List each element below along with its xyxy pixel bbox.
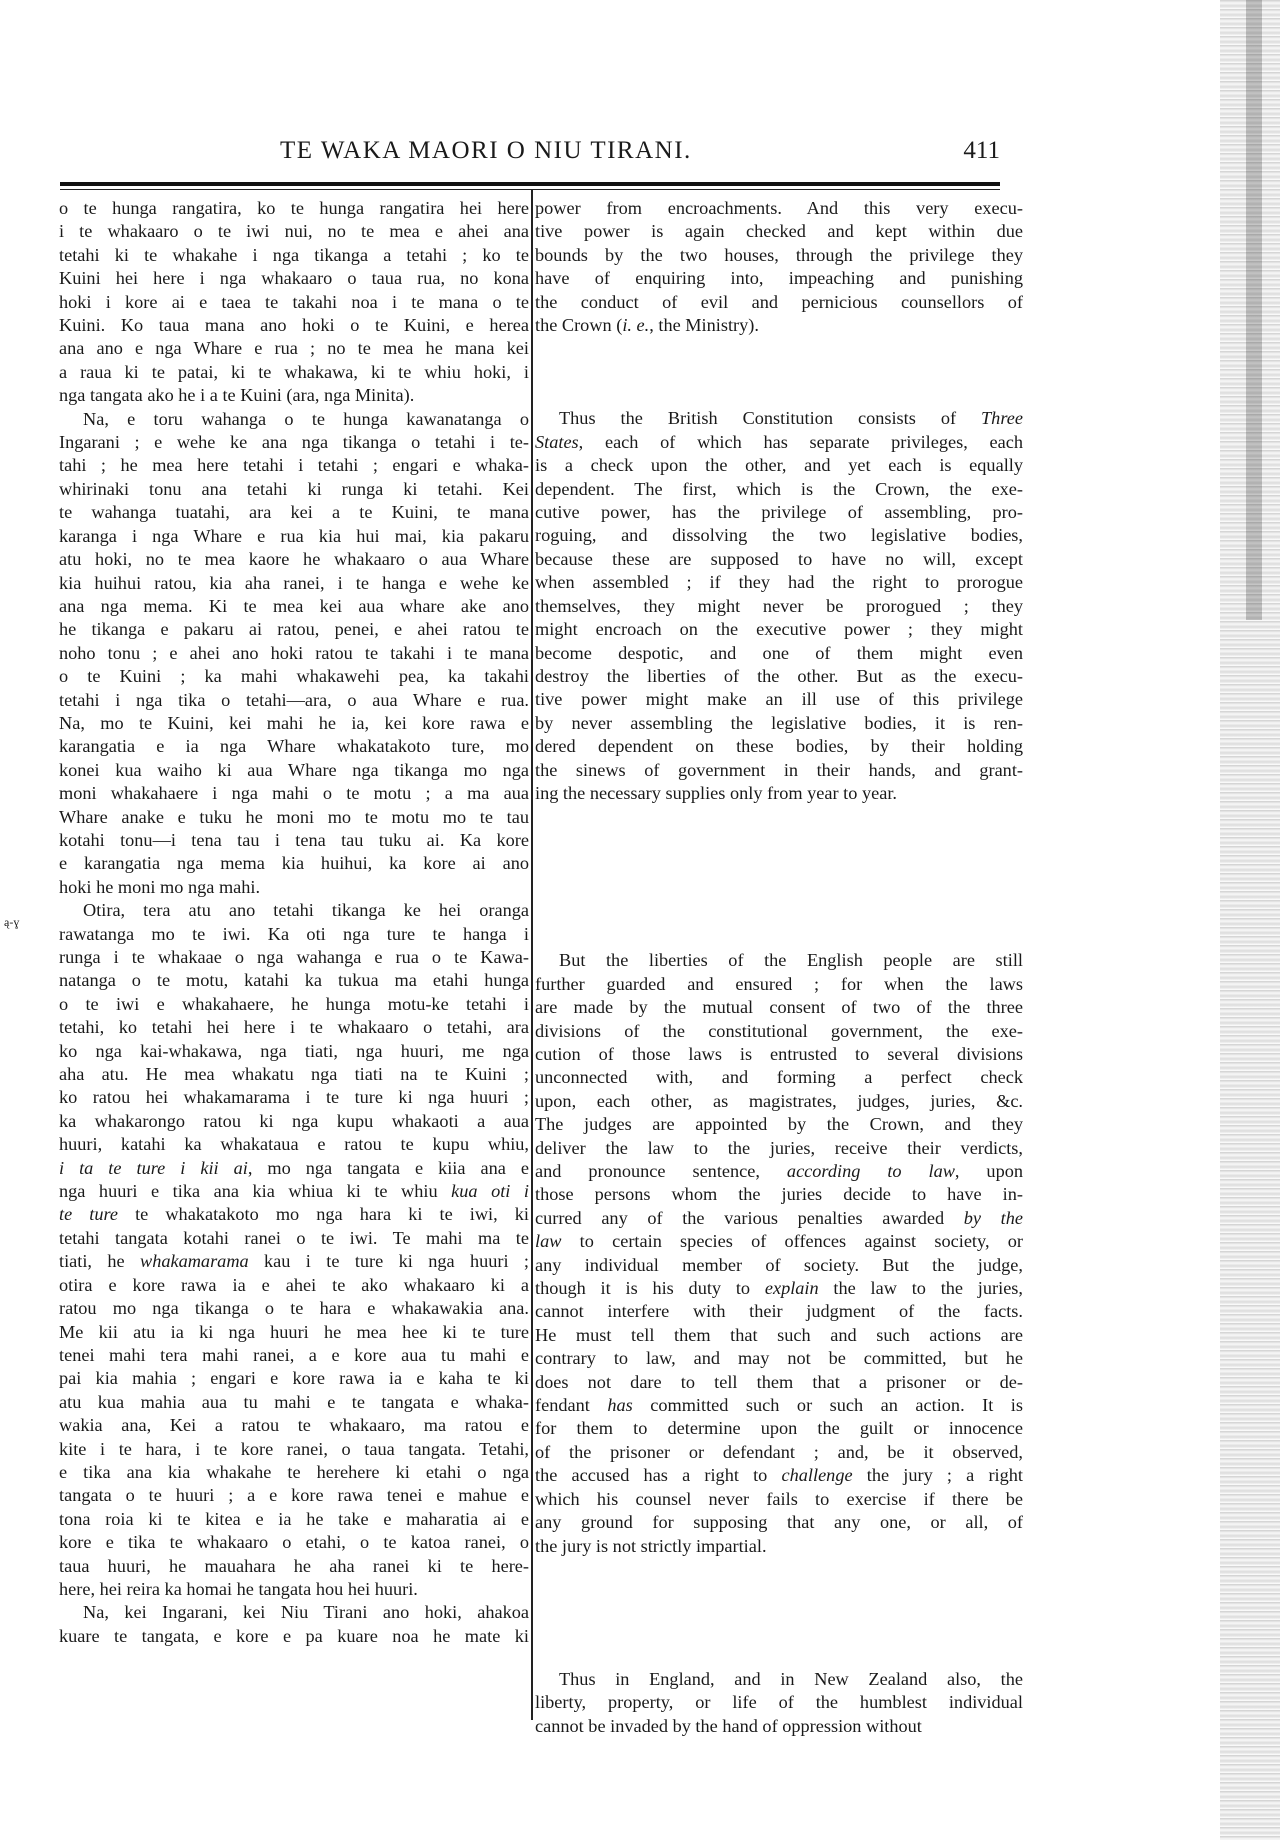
text-line: Ingarani ; e wehe ke ana nga tikanga o t… bbox=[59, 431, 529, 454]
text-line: Otira, tera atu ano tetahi tikanga ke he… bbox=[59, 899, 529, 922]
text-line: hoki he moni mo nga mahi. bbox=[59, 876, 529, 899]
text-line: States, each of which has separate privi… bbox=[535, 431, 1023, 454]
text-line: ko nga kai-whakawa, nga tiati, nga huuri… bbox=[59, 1040, 529, 1063]
text-line: tive power is again checked and kept wit… bbox=[535, 220, 1023, 243]
text-line: for them to determine upon the guilt or … bbox=[535, 1417, 1023, 1440]
text-line: become despotic, and one of them might e… bbox=[535, 642, 1023, 665]
text-line: law to certain species of offences again… bbox=[535, 1230, 1023, 1253]
text-line: is a check upon the other, and yet each … bbox=[535, 454, 1023, 477]
text-line: the jury is not strictly impartial. bbox=[535, 1535, 1023, 1558]
maori-text-column: o te hunga rangatira, ko te hunga rangat… bbox=[59, 197, 529, 1648]
text-line: which his counsel never fails to exercis… bbox=[535, 1488, 1023, 1511]
text-line: tive power might make an ill use of this… bbox=[535, 688, 1023, 711]
newspaper-page: TE WAKA MAORI O NIU TIRANI. 411 o te hun… bbox=[0, 0, 1280, 1840]
text-line: a raua ki te patai, ki te whakawa, ki te… bbox=[59, 361, 529, 384]
text-line: though it is his duty to explain the law… bbox=[535, 1277, 1023, 1300]
text-line: i te whakaaro o te iwi nui, no te mea e … bbox=[59, 220, 529, 243]
text-line: ing the necessary supplies only from yea… bbox=[535, 782, 1023, 805]
text-line: ko ratou hei whakamarama i te ture ki ng… bbox=[59, 1086, 529, 1109]
text-line: Na, mo te Kuini, kei mahi he ia, kei kor… bbox=[59, 712, 529, 735]
text-line: tona roia ki te kitea e ia he take e mah… bbox=[59, 1508, 529, 1531]
text-line: of the prisoner or defendant ; and, be i… bbox=[535, 1441, 1023, 1464]
text-line: kite i te hara, i te kore ranei, o taua … bbox=[59, 1438, 529, 1461]
text-line: dered dependent on these bodies, by thei… bbox=[535, 735, 1023, 758]
text-line: power from encroachments. And this very … bbox=[535, 197, 1023, 220]
text-line: unconnected with, and forming a perfect … bbox=[535, 1066, 1023, 1089]
text-line: konei kua waiho ki aua Whare nga tikanga… bbox=[59, 759, 529, 782]
text-line: aha atu. He mea whakatu nga tiati na te … bbox=[59, 1063, 529, 1086]
text-line: rawatanga mo te iwi. Ka oti nga ture te … bbox=[59, 923, 529, 946]
text-line: dependent. The first, which is the Crown… bbox=[535, 478, 1023, 501]
publication-title: TE WAKA MAORI O NIU TIRANI. bbox=[280, 137, 692, 165]
text-line: tahi ; he mea here tetahi i tetahi ; eng… bbox=[59, 454, 529, 477]
text-line: o te Kuini ; ka mahi whakawehi pea, ka t… bbox=[59, 665, 529, 688]
text-line: tetahi i nga tika o tetahi—ara, o aua Wh… bbox=[59, 689, 529, 712]
text-line: by never assembling the legislative bodi… bbox=[535, 712, 1023, 735]
text-line: But the liberties of the English people … bbox=[535, 949, 1023, 972]
text-line: and pronounce sentence, according to law… bbox=[535, 1160, 1023, 1183]
text-line: te ture te whakatakoto mo nga hara ki te… bbox=[59, 1203, 529, 1226]
text-line: the conduct of evil and pernicious couns… bbox=[535, 291, 1023, 314]
text-line: Na, e toru wahanga o te hunga kawanatang… bbox=[59, 408, 529, 431]
column-divider bbox=[531, 190, 533, 1720]
text-line: wakia ana, Kei a ratou te whakaaro, ma r… bbox=[59, 1414, 529, 1437]
text-line: does not dare to tell them that a prison… bbox=[535, 1371, 1023, 1394]
text-line: ka whakarongo ratou ki nga kupu whakaoti… bbox=[59, 1110, 529, 1133]
text-line: when assembled ; if they had the right t… bbox=[535, 571, 1023, 594]
text-line: bounds by the two houses, through the pr… bbox=[535, 244, 1023, 267]
text-line: tiati, he whakamarama kau i te ture ki n… bbox=[59, 1250, 529, 1273]
text-line: cutive power, has the privilege of assem… bbox=[535, 501, 1023, 524]
text-line: noho tonu ; e ahei ano hoki ratou te tak… bbox=[59, 642, 529, 665]
english-text-column: power from encroachments. And this very … bbox=[535, 197, 1023, 1738]
header-rule-thin bbox=[60, 189, 1000, 190]
text-line: Kuini. Ko taua mana ano hoki o te Kuini,… bbox=[59, 314, 529, 337]
text-line: e tika ana kia whakahe te herehere ki et… bbox=[59, 1461, 529, 1484]
text-line: Whare anake e tuku he moni mo te motu mo… bbox=[59, 806, 529, 829]
text-line: divisions of the constitutional governme… bbox=[535, 1020, 1023, 1043]
text-line: pai kia mahia ; engari e kore rawa ia e … bbox=[59, 1367, 529, 1390]
text-line: the accused has a right to challenge the… bbox=[535, 1464, 1023, 1487]
text-line: Kuini hei here i nga whakaaro o taua rua… bbox=[59, 267, 529, 290]
running-header: TE WAKA MAORI O NIU TIRANI. 411 bbox=[60, 135, 1000, 175]
text-line: nga tangata ako he i a te Kuini (ara, ng… bbox=[59, 384, 529, 407]
text-line: moni whakahaere i nga mahi o te motu ; a… bbox=[59, 782, 529, 805]
text-line: because these are supposed to have no wi… bbox=[535, 548, 1023, 571]
text-line: i ta te ture i kii ai, mo nga tangata e … bbox=[59, 1157, 529, 1180]
text-line: liberty, property, or life of the humble… bbox=[535, 1691, 1023, 1714]
paragraph-gap bbox=[535, 337, 1023, 407]
text-line: runga i te whakaae o nga wahanga e rua o… bbox=[59, 946, 529, 969]
text-line: huuri, katahi ka whakataua e ratou te ku… bbox=[59, 1133, 529, 1156]
text-line: kotahi tonu—i tena tau i tena tau tuku a… bbox=[59, 829, 529, 852]
text-line: whirinaki tonu ana tetahi ki runga ki te… bbox=[59, 478, 529, 501]
text-line: cution of those laws is entrusted to sev… bbox=[535, 1043, 1023, 1066]
text-line: destroy the liberties of the other. But … bbox=[535, 665, 1023, 688]
text-line: The judges are appointed by the Crown, a… bbox=[535, 1113, 1023, 1136]
paragraph-gap bbox=[535, 805, 1023, 949]
text-line: further guarded and ensured ; for when t… bbox=[535, 973, 1023, 996]
text-line: here, hei reira ka homai he tangata hou … bbox=[59, 1578, 529, 1601]
text-line: hoki i kore ai e taea te takahi noa i te… bbox=[59, 291, 529, 314]
text-line: tenei mahi tera mahi ranei, a e kore aua… bbox=[59, 1344, 529, 1367]
text-line: fendant has committed such or such an ac… bbox=[535, 1394, 1023, 1417]
margin-mark: ą-ɣ bbox=[4, 915, 19, 930]
text-line: roguing, and dissolving the two legislat… bbox=[535, 524, 1023, 547]
text-line: nga huuri e tika ana kia whiua ki te whi… bbox=[59, 1180, 529, 1203]
text-line: Thus the British Constitution consists o… bbox=[535, 407, 1023, 430]
text-line: deliver the law to the juries, receive t… bbox=[535, 1137, 1023, 1160]
text-line: kia huihui ratou, kia aha ranei, i te ha… bbox=[59, 572, 529, 595]
text-line: the Crown (i. e., the Ministry). bbox=[535, 314, 1023, 337]
text-line: natanga o te motu, katahi ka tukua ma et… bbox=[59, 969, 529, 992]
text-line: karangatia e ia nga Whare whakatakoto tu… bbox=[59, 735, 529, 758]
text-line: o te iwi e whakahaere, he hunga motu-ke … bbox=[59, 993, 529, 1016]
text-line: ana ano e nga Whare e rua ; no te mea he… bbox=[59, 337, 529, 360]
text-line: tetahi, ko tetahi hei here i te whakaaro… bbox=[59, 1016, 529, 1039]
text-line: cannot be invaded by the hand of oppress… bbox=[535, 1715, 1023, 1738]
header-rule-thick bbox=[60, 182, 1000, 186]
scan-edge-shadow-dark bbox=[1246, 0, 1262, 620]
page-number: 411 bbox=[963, 137, 1000, 165]
text-line: otira e kore rawa ia e ahei te ako whaka… bbox=[59, 1274, 529, 1297]
text-line: taua huuri, he mauahara he aha ranei ki … bbox=[59, 1555, 529, 1578]
text-line: Me kii atu ia ki nga huuri he mea hee ki… bbox=[59, 1321, 529, 1344]
text-line: atu kua mahia aua tu mahi e te tangata e… bbox=[59, 1391, 529, 1414]
paragraph-gap bbox=[535, 1558, 1023, 1668]
text-line: atu hoki, no te mea kaore he whakaaro o … bbox=[59, 548, 529, 571]
text-line: themselves, they might never be prorogue… bbox=[535, 595, 1023, 618]
text-line: any individual member of society. But th… bbox=[535, 1254, 1023, 1277]
text-line: te wahanga tuatahi, ara kei a te Kuini, … bbox=[59, 501, 529, 524]
text-line: He must tell them that such and such act… bbox=[535, 1324, 1023, 1347]
text-line: o te hunga rangatira, ko te hunga rangat… bbox=[59, 197, 529, 220]
text-line: tetahi ki te whakahe i nga tikanga a tet… bbox=[59, 244, 529, 267]
text-line: the sinews of government in their hands,… bbox=[535, 759, 1023, 782]
text-line: Na, kei Ingarani, kei Niu Tirani ano hok… bbox=[59, 1601, 529, 1624]
text-line: kuare te tangata, e kore e pa kuare noa … bbox=[59, 1625, 529, 1648]
text-line: tetahi tangata kotahi ranei o te iwi. Te… bbox=[59, 1227, 529, 1250]
text-line: he tikanga e pakaru ai ratou, penei, e a… bbox=[59, 618, 529, 641]
text-line: e karangatia nga mema kia huihui, ka kor… bbox=[59, 852, 529, 875]
text-line: kore e tika te whakaaro o etahi, o te ka… bbox=[59, 1531, 529, 1554]
text-line: those persons whom the juries decide to … bbox=[535, 1183, 1023, 1206]
text-line: tangata o te huuri ; a e kore rawa tenei… bbox=[59, 1484, 529, 1507]
text-line: ratou mo nga tikanga o te hara e whakawa… bbox=[59, 1297, 529, 1320]
text-line: contrary to law, and may not be committe… bbox=[535, 1347, 1023, 1370]
text-line: any ground for supposing that any one, o… bbox=[535, 1511, 1023, 1534]
text-line: ana nga mema. Ki te mea kei aua whare ak… bbox=[59, 595, 529, 618]
text-line: Thus in England, and in New Zealand also… bbox=[535, 1668, 1023, 1691]
text-line: cannot interfere with their judgment of … bbox=[535, 1300, 1023, 1323]
text-line: curred any of the various penalties awar… bbox=[535, 1207, 1023, 1230]
text-line: karanga i nga Whare e rua kia hui mai, k… bbox=[59, 525, 529, 548]
text-line: might encroach on the executive power ; … bbox=[535, 618, 1023, 641]
text-line: upon, each other, as magistrates, judges… bbox=[535, 1090, 1023, 1113]
text-line: have of enquiring into, impeaching and p… bbox=[535, 267, 1023, 290]
text-line: are made by the mutual consent of two of… bbox=[535, 996, 1023, 1019]
